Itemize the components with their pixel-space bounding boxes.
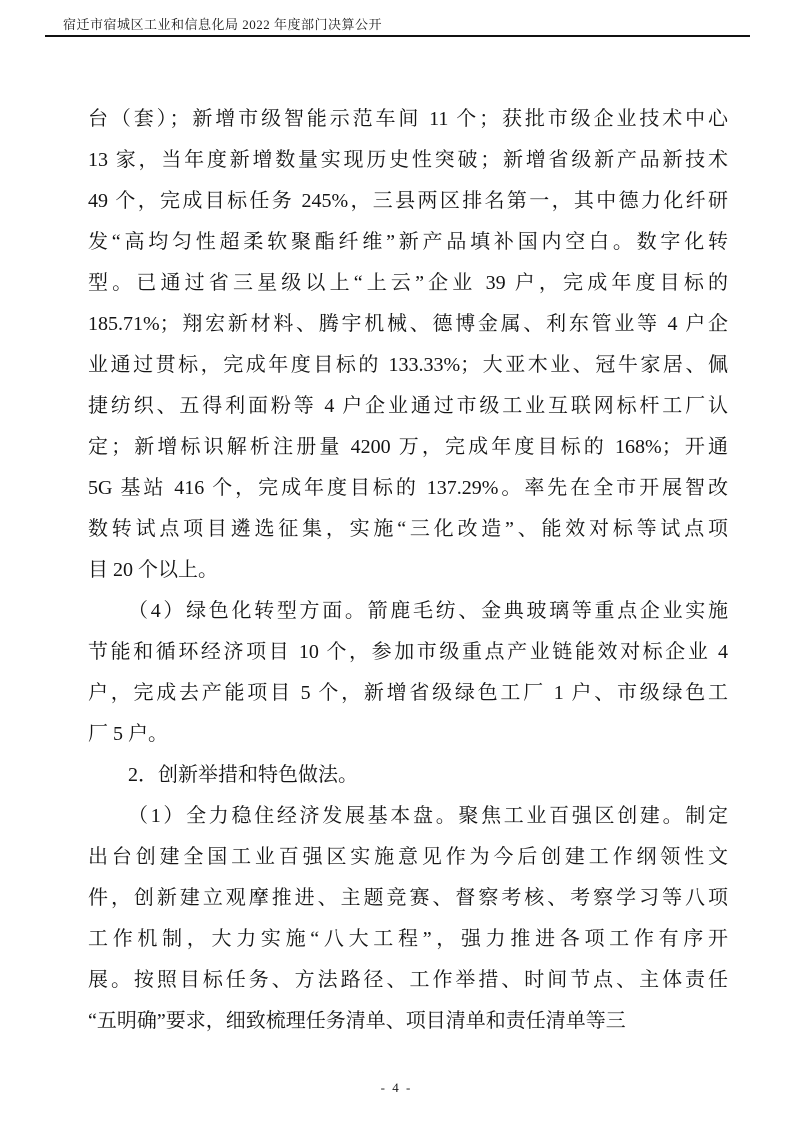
text-line: 目 20 个以上。 <box>88 550 728 591</box>
text-line: 2．创新举措和特色做法。 <box>88 755 728 796</box>
text-line: 数转试点项目遴选征集，实施“三化改造”、能效对标等试点项 <box>88 509 728 550</box>
text-line: （1）全力稳住经济发展基本盘。聚焦工业百强区创建。制定 <box>88 796 728 837</box>
text-line: 49 个，完成目标任务 245%，三县两区排名第一，其中德力化纤研 <box>88 181 728 222</box>
text-line: 185.71%；翔宏新材料、腾宇机械、德博金属、利东管业等 4 户企 <box>88 304 728 345</box>
header-rule <box>45 35 750 37</box>
text-line: 件，创新建立观摩推进、主题竞赛、督察考核、考察学习等八项 <box>88 878 728 919</box>
text-line: 13 家，当年度新增数量实现历史性突破；新增省级新产品新技术 <box>88 140 728 181</box>
text-line: 节能和循环经济项目 10 个，参加市级重点产业链能效对标企业 4 <box>88 632 728 673</box>
text-line: 户，完成去产能项目 5 个，新增省级绿色工厂 1 户、市级绿色工 <box>88 673 728 714</box>
text-line: 台（套）；新增市级智能示范车间 11 个；获批市级企业技术中心 <box>88 99 728 140</box>
text-line: 型。已通过省三星级以上“上云”企业 39 户，完成年度目标的 <box>88 263 728 304</box>
document-page: 宿迁市宿城区工业和信息化局 2022 年度部门决算公开 台（套）；新增市级智能示… <box>0 0 793 1122</box>
page-number: - 4 - <box>381 1080 413 1095</box>
text-line: 工作机制，大力实施“八大工程”，强力推进各项工作有序开 <box>88 919 728 960</box>
document-body: 台（套）；新增市级智能示范车间 11 个；获批市级企业技术中心13 家，当年度新… <box>88 99 728 1042</box>
header-title: 宿迁市宿城区工业和信息化局 2022 年度部门决算公开 <box>63 16 382 34</box>
text-line: 5G 基站 416 个，完成年度目标的 137.29%。率先在全市开展智改 <box>88 468 728 509</box>
text-line: （4）绿色化转型方面。箭鹿毛纺、金典玻璃等重点企业实施 <box>88 591 728 632</box>
text-line: 定；新增标识解析注册量 4200 万，完成年度目标的 168%；开通 <box>88 427 728 468</box>
text-line: 出台创建全国工业百强区实施意见作为今后创建工作纲领性文 <box>88 837 728 878</box>
text-line: 业通过贯标，完成年度目标的 133.33%；大亚木业、冠牛家居、佩 <box>88 345 728 386</box>
page-footer: - 4 - <box>0 1079 793 1097</box>
text-line: “五明确”要求，细致梳理任务清单、项目清单和责任清单等三 <box>88 1001 728 1042</box>
text-line: 捷纺织、五得利面粉等 4 户企业通过市级工业互联网标杆工厂认 <box>88 386 728 427</box>
text-line: 展。按照目标任务、方法路径、工作举措、时间节点、主体责任 <box>88 960 728 1001</box>
text-line: 发“高均匀性超柔软聚酯纤维”新产品填补国内空白。数字化转 <box>88 222 728 263</box>
text-line: 厂 5 户。 <box>88 714 728 755</box>
